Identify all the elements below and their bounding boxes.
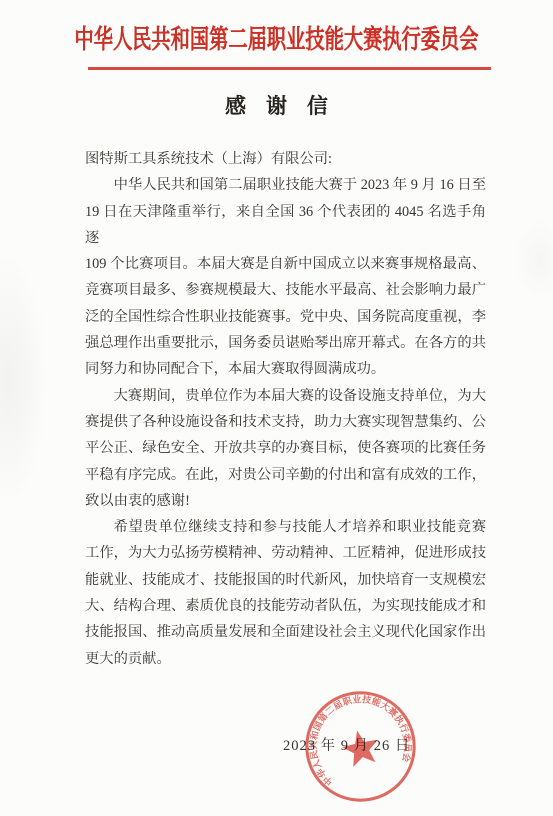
- header-divider: [88, 67, 491, 70]
- body-line: 中华人民共和国第二届职业技能大赛于 2023 年 9 月 16 日至: [85, 172, 486, 198]
- body-line: 赛提供了各种设施设备和技术支持，助力大赛实现智慧集约、公: [85, 409, 486, 435]
- body-line: 平公正、绿色安全、开放共享的办赛目标，使各赛项的比赛任务: [85, 435, 486, 461]
- official-seal: 中华人民共和国第二届职业技能大赛执行委员会: [292, 678, 428, 814]
- body-line: 能就业、技能成才、技能报国的时代新风，加快培育一支规模宏: [85, 567, 486, 593]
- body-line: 工作，为大力弘扬劳模精神、劳动精神、工匠精神，促进形成技: [85, 540, 486, 566]
- body-line: 大、结构合理、素质优良的技能劳动者队伍，为实现技能成才和: [85, 593, 486, 619]
- body-line: 强总理作出重要批示，国务委员谌贻琴出席开幕式。在各方的共: [85, 330, 486, 356]
- salutation: 图特斯工具系统技术（上海）有限公司:: [85, 146, 486, 172]
- letter-body: 图特斯工具系统技术（上海）有限公司: 中华人民共和国第二届职业技能大赛于 202…: [85, 146, 486, 672]
- body-line: 竞赛项目最多、参赛规模最大、技能水平最高、社会影响力最广: [85, 277, 486, 303]
- paragraph: 中华人民共和国第二届职业技能大赛于 2023 年 9 月 16 日至19 日在天…: [85, 172, 486, 382]
- body-line: 大赛期间，贵单位作为本届大赛的设备设施支持单位，为大: [85, 383, 486, 409]
- paragraphs: 中华人民共和国第二届职业技能大赛于 2023 年 9 月 16 日至19 日在天…: [85, 172, 486, 672]
- body-line: 泛的全国性综合性职业技能赛事。党中央、国务院高度重视，李: [85, 304, 486, 330]
- body-line: 致以由衷的感谢!: [85, 488, 486, 514]
- body-line: 技能报国、推动高质量发展和全面建设社会主义现代化国家作出: [85, 619, 486, 645]
- body-line: 希望贵单位继续支持和参与技能人才培养和职业技能竞赛: [85, 514, 486, 540]
- body-line: 更大的贡献。: [85, 646, 486, 672]
- body-line: 平稳有序完成。在此，对贵公司辛勤的付出和富有成效的工作，: [85, 462, 486, 488]
- header-org-name: 中华人民共和国第二届职业技能大赛执行委员会: [72, 22, 481, 58]
- body-line: 同努力和协同配合下，本届大赛取得圆满成功。: [85, 356, 486, 382]
- letter-title: 感谢信: [0, 90, 553, 120]
- paragraph: 希望贵单位继续支持和参与技能人才培养和职业技能竞赛工作，为大力弘扬劳模精神、劳动…: [85, 514, 486, 672]
- body-line: 109 个比赛项目。本届大赛是自新中国成立以来赛事规格最高、: [85, 251, 486, 277]
- letter-page: 中华人民共和国第二届职业技能大赛执行委员会 感谢信 图特斯工具系统技术（上海）有…: [0, 0, 553, 816]
- paragraph: 大赛期间，贵单位作为本届大赛的设备设施支持单位，为大赛提供了各种设施设备和技术支…: [85, 383, 486, 514]
- body-line: 19 日在天津隆重举行，来自全国 36 个代表团的 4045 名选手角逐: [85, 199, 486, 252]
- star-icon: [339, 727, 382, 769]
